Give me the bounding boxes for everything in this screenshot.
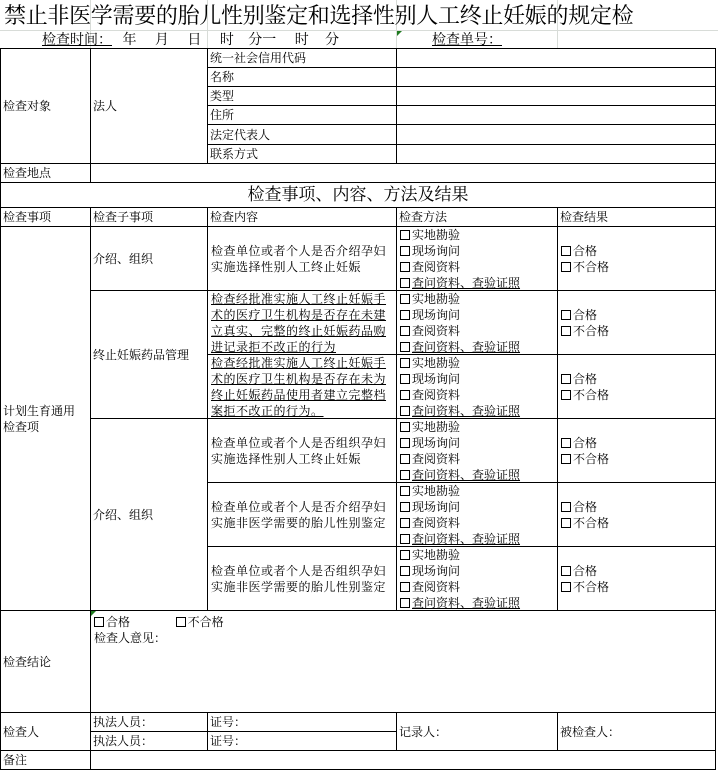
cert-2-label[interactable]: 证号： [207,731,397,751]
results-row-1: 合格 不合格 [557,226,716,291]
method-option[interactable]: 实地勘验 [400,227,555,243]
method-option[interactable]: 查阅资料 [400,387,555,403]
column-header-result: 检查结果 [557,207,716,227]
field-value-address[interactable] [396,105,716,125]
checkbox-icon[interactable] [561,262,571,272]
result-fail[interactable]: 不合格 [561,323,609,339]
result-pass[interactable]: 合格 [561,307,609,323]
method-option[interactable]: 查阅资料 [400,579,555,595]
method-option[interactable]: 实地勘验 [400,419,555,435]
method-option[interactable]: 现场询问 [400,307,555,323]
checkbox-icon[interactable] [400,326,410,336]
checkbox-icon[interactable] [400,358,410,368]
field-label-credit-code: 统一社会信用代码 [207,48,397,68]
method-option[interactable]: 现场询问 [400,371,555,387]
inspection-number: 检查单号： [432,31,502,48]
result-pass[interactable]: 合格 [561,243,609,259]
checkbox-icon[interactable] [561,246,571,256]
checkbox-icon[interactable] [400,598,410,608]
cert-1-label[interactable]: 证号： [207,712,397,732]
results-row-6: 合格 不合格 [557,546,716,611]
inspection-item: 计划生育通用检查项 [0,226,91,611]
field-value-type[interactable] [396,86,716,106]
checkbox-icon[interactable] [94,617,104,627]
checkbox-icon[interactable] [561,454,571,464]
checkbox-icon[interactable] [561,438,571,448]
checkbox-icon[interactable] [400,518,410,528]
method-option[interactable]: 实地勘验 [400,291,555,307]
officer-2-label[interactable]: 执法人员： [90,731,208,751]
checkbox-icon[interactable] [400,230,410,240]
sub-item-introduce-organize: 介绍、组织 [90,226,208,291]
method-option[interactable]: 查阅资料 [400,515,555,531]
field-value-name[interactable] [396,67,716,87]
checkbox-icon[interactable] [400,454,410,464]
result-pass[interactable]: 合格 [561,435,609,451]
methods-row-6: 实地勘验 现场询问 查阅资料 查问资料、查验证照 [396,546,558,611]
checkbox-icon[interactable] [400,470,410,480]
field-label-name: 名称 [207,67,397,87]
method-option[interactable]: 现场询问 [400,243,555,259]
checkbox-icon[interactable] [400,486,410,496]
method-option[interactable]: 查问资料、查验证照 [400,595,555,611]
methods-row-3: 实地勘验 现场询问 查阅资料 查问资料、查验证照 [396,354,558,419]
sub-item-drug-management: 终止妊娠药品管理 [90,290,208,419]
checkbox-icon[interactable] [400,582,410,592]
checkbox-icon[interactable] [400,406,410,416]
results-row-5: 合格 不合格 [557,482,716,547]
content-row-6: 检查单位或者个人是否组织孕妇实施非医学需要的胎儿性别鉴定 [207,546,397,611]
inspector-opinion-label: 检查人意见： [94,630,713,646]
remarks-value[interactable] [90,750,716,770]
method-option[interactable]: 查问资料、查验证照 [400,531,555,547]
methods-row-5: 实地勘验 现场询问 查阅资料 查问资料、查验证照 [396,482,558,547]
checkbox-icon[interactable] [561,502,571,512]
conclusion-fail[interactable]: 不合格 [176,615,224,629]
location-value[interactable] [90,163,716,183]
content-row-3: 检查经批准实施人工终止妊娠手术的医疗卫生机构是否存在未为终止妊娠药品使用者建立完… [207,354,397,419]
checkbox-icon[interactable] [561,374,571,384]
content-row-1: 检查单位或者个人是否介绍孕妇实施选择性别人工终止妊娠 [207,226,397,291]
remarks-label: 备注 [0,750,91,770]
field-value-contact[interactable] [396,144,716,164]
result-fail[interactable]: 不合格 [561,259,609,275]
checkbox-icon[interactable] [400,278,410,288]
field-label-contact: 联系方式 [207,144,397,164]
subject-label: 检查对象 [0,48,91,164]
checkbox-icon[interactable] [561,566,571,576]
result-pass[interactable]: 合格 [561,371,609,387]
result-fail[interactable]: 不合格 [561,451,609,467]
inspection-number-label: 检查单号： [432,32,502,48]
inspector-label: 检查人 [0,712,91,751]
document-title: 禁止非医学需要的胎儿性别鉴定和选择性别人工终止妊娠的规定检 [0,0,718,31]
result-pass[interactable]: 合格 [561,563,609,579]
field-label-address: 住所 [207,105,397,125]
results-row-2: 合格 不合格 [557,290,716,355]
checkbox-icon[interactable] [400,550,410,560]
method-option[interactable]: 查阅资料 [400,323,555,339]
result-fail[interactable]: 不合格 [561,579,609,595]
checkbox-icon[interactable] [400,342,410,352]
conclusion-body: 合格 不合格 检查人意见： [90,610,716,713]
checkbox-icon[interactable] [400,310,410,320]
result-fail[interactable]: 不合格 [561,387,609,403]
checkbox-icon[interactable] [400,502,410,512]
field-value-credit-code[interactable] [396,48,716,68]
checkbox-icon[interactable] [561,310,571,320]
location-label: 检查地点 [0,163,91,183]
column-header-sub-item: 检查子事项 [90,207,208,227]
method-option[interactable]: 实地勘验 [400,355,555,371]
result-pass[interactable]: 合格 [561,499,609,515]
checkbox-icon[interactable] [400,534,410,544]
method-option[interactable]: 查问资料、查验证照 [400,275,555,291]
recorder-label[interactable]: 记录人： [396,712,558,751]
methods-row-2: 实地勘验 现场询问 查阅资料 查问资料、查验证照 [396,290,558,355]
result-fail[interactable]: 不合格 [561,515,609,531]
content-row-2: 检查经批准实施人工终止妊娠手术的医疗卫生机构是否存在未建立真实、完整的终止妊娠药… [207,290,397,355]
field-label-type: 类型 [207,86,397,106]
comment-marker [397,31,402,36]
checkbox-icon[interactable] [561,326,571,336]
results-row-4: 合格 不合格 [557,418,716,483]
conclusion-label: 检查结论 [0,610,91,713]
inspection-time: 检查时间： 年 月 日 时 分一 时 分 [42,31,339,48]
method-option[interactable]: 实地勘验 [400,483,555,499]
checkbox-icon[interactable] [561,390,571,400]
field-value-legal-rep[interactable] [396,124,716,145]
checkbox-icon[interactable] [400,294,410,304]
method-option[interactable]: 现场询问 [400,563,555,579]
checkbox-icon[interactable] [400,262,410,272]
section-title: 检查事项、内容、方法及结果 [0,182,716,208]
checkbox-icon[interactable] [561,518,571,528]
checkbox-icon[interactable] [176,617,186,627]
column-header-method: 检查方法 [396,207,558,227]
checkbox-icon[interactable] [400,566,410,576]
checkbox-icon[interactable] [400,246,410,256]
method-option[interactable]: 现场询问 [400,435,555,451]
methods-row-1: 实地勘验 现场询问 查阅资料 查问资料、查验证照 [396,226,558,291]
checkbox-icon[interactable] [561,582,571,592]
methods-row-4: 实地勘验 现场询问 查阅资料 查问资料、查验证照 [396,418,558,483]
checkbox-icon[interactable] [400,374,410,384]
subject-type: 法人 [90,48,208,164]
method-option[interactable]: 现场询问 [400,499,555,515]
checkbox-icon[interactable] [400,438,410,448]
method-option[interactable]: 查阅资料 [400,451,555,467]
column-header-item: 检查事项 [0,207,91,227]
comment-marker [91,611,96,616]
results-row-3: 合格 不合格 [557,354,716,419]
inspected-party-label[interactable]: 被检查人： [557,712,716,751]
method-option[interactable]: 查问资料、查验证照 [400,467,555,483]
conclusion-pass[interactable]: 合格 [94,615,130,629]
method-option[interactable]: 查阅资料 [400,259,555,275]
officer-1-label[interactable]: 执法人员： [90,712,208,732]
inspection-time-label: 检查时间： [42,32,112,48]
checkbox-icon[interactable] [400,422,410,432]
content-row-5: 检查单位或者个人是否介绍孕妇实施非医学需要的胎儿性别鉴定 [207,482,397,547]
method-option[interactable]: 实地勘验 [400,547,555,563]
method-option[interactable]: 查问资料、查验证照 [400,403,555,419]
checkbox-icon[interactable] [400,390,410,400]
sub-item-introduce-organize-2: 介绍、组织 [90,418,208,611]
field-label-legal-rep: 法定代表人 [207,124,397,145]
content-row-4: 检查单位或者个人是否组织孕妇实施选择性别人工终止妊娠 [207,418,397,483]
column-header-content: 检查内容 [207,207,397,227]
method-option[interactable]: 查问资料、查验证照 [400,339,555,355]
